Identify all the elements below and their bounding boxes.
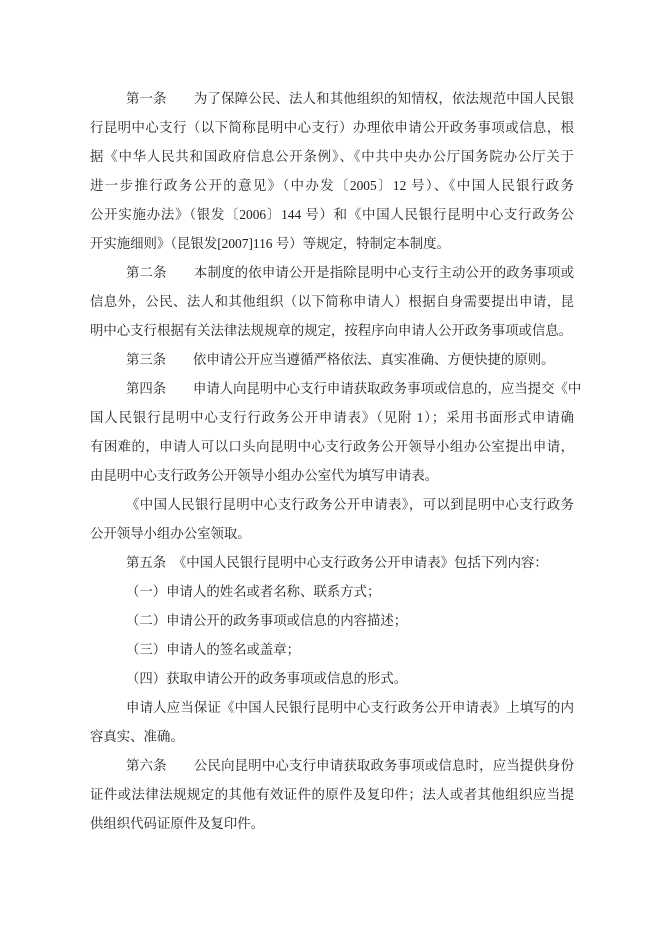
text-line: 信息外，公民、法人和其他组织（以下简称申请人）根据自身需要提出申请，昆	[90, 287, 574, 316]
text-line: 第一条 为了保障公民、法人和其他组织的知情权，依法规范中国人民银	[90, 84, 574, 113]
text-line: 由昆明中心支行政务公开领导小组办公室代为填写申请表。	[90, 461, 574, 490]
list-item-line: （三）申请人的签名或盖章；	[90, 635, 574, 664]
text-line: 第四条 申请人向昆明中心支行申请获取政务事项或信息的，应当提交《中	[90, 374, 574, 403]
list-item-line: （一）申请人的姓名或者名称、联系方式；	[90, 577, 574, 606]
text-line: 证件或法律法规规定的其他有效证件的原件及复印件；法人或者其他组织应当提	[90, 780, 574, 809]
text-line: 进一步推行政务公开的意见》（中办发〔2005〕12 号）、《中国人民银行政务	[90, 171, 574, 200]
list-item-line: （二）申请公开的政务事项或信息的内容描述；	[90, 606, 574, 635]
text-line: 第六条 公民向昆明中心支行申请获取政务事项或信息时，应当提供身份	[90, 751, 574, 780]
text-line: 行昆明中心支行（以下简称昆明中心支行）办理依申请公开政务事项或信息，根	[90, 113, 574, 142]
text-line: 有困难的，申请人可以口头向昆明中心支行政务公开领导小组办公室提出申请，	[90, 432, 574, 461]
text-line: 《中国人民银行昆明中心支行政务公开申请表》，可以到昆明中心支行政务	[90, 490, 574, 519]
text-line: 国人民银行昆明中心支行行政务公开申请表》（见附 1）；采用书面形式申请确	[90, 403, 574, 432]
text-line: 第二条 本制度的依申请公开是指除昆明中心支行主动公开的政务事项或	[90, 258, 574, 287]
text-line: 公开领导小组办公室领取。	[90, 519, 574, 548]
document-page: 第一条 为了保障公民、法人和其他组织的知情权，依法规范中国人民银 行昆明中心支行…	[0, 0, 662, 936]
list-item-line: （四）获取申请公开的政务事项或信息的形式。	[90, 664, 574, 693]
text-line: 供组织代码证原件及复印件。	[90, 809, 574, 838]
document-body: 第一条 为了保障公民、法人和其他组织的知情权，依法规范中国人民银 行昆明中心支行…	[90, 84, 574, 838]
text-line: 第三条 依申请公开应当遵循严格依法、真实准确、方便快捷的原则。	[90, 345, 574, 374]
text-line: 据《中华人民共和国政府信息公开条例》、《中共中央办公厅国务院办公厅关于	[90, 142, 574, 171]
text-line: 明中心支行根据有关法律法规规章的规定，按程序向申请人公开政务事项或信息。	[90, 316, 574, 345]
text-line: 开实施细则》（昆银发[2007]116 号）等规定，特制定本制度。	[90, 229, 574, 258]
text-line: 第五条 《中国人民银行昆明中心支行政务公开申请表》包括下列内容：	[90, 548, 574, 577]
text-line: 申请人应当保证《中国人民银行昆明中心支行政务公开申请表》上填写的内	[90, 693, 574, 722]
text-line: 公开实施办法》（银发〔2006〕144 号）和《中国人民银行昆明中心支行政务公	[90, 200, 574, 229]
text-line: 容真实、准确。	[90, 722, 574, 751]
